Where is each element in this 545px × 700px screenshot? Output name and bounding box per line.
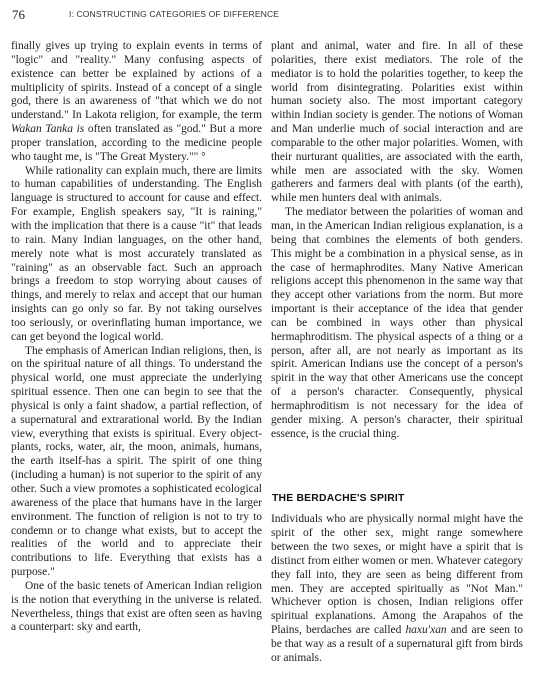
paragraph: One of the basic tenets of American Indi… (11, 580, 262, 635)
paragraph: The mediator between the polarities of w… (271, 206, 523, 441)
paragraph-text: finally gives up trying to explain event… (11, 40, 262, 121)
running-head: 76 I: CONSTRUCTING CATEGORIES OF DIFFERE… (12, 7, 533, 23)
paragraph-text: Individuals who are physically normal mi… (271, 513, 523, 636)
right-column: plant and animal, water and fire. In all… (271, 40, 523, 666)
italic-term: Wakan Tanka is (11, 123, 84, 135)
paragraph: While rationality can explain much, ther… (11, 165, 262, 345)
paragraph: plant and animal, water and fire. In all… (271, 40, 523, 206)
paragraph: finally gives up trying to explain event… (11, 40, 262, 165)
italic-term: haxu'xan (405, 624, 446, 636)
page-number: 76 (12, 7, 25, 23)
chapter-title: I: CONSTRUCTING CATEGORIES OF DIFFERENCE (69, 9, 279, 19)
paragraph: The emphasis of American Indian religion… (11, 345, 262, 580)
paragraph: Individuals who are physically normal mi… (271, 513, 523, 665)
left-column: finally gives up trying to explain event… (11, 40, 262, 635)
section-heading: THE BERDACHE'S SPIRIT (272, 492, 523, 506)
